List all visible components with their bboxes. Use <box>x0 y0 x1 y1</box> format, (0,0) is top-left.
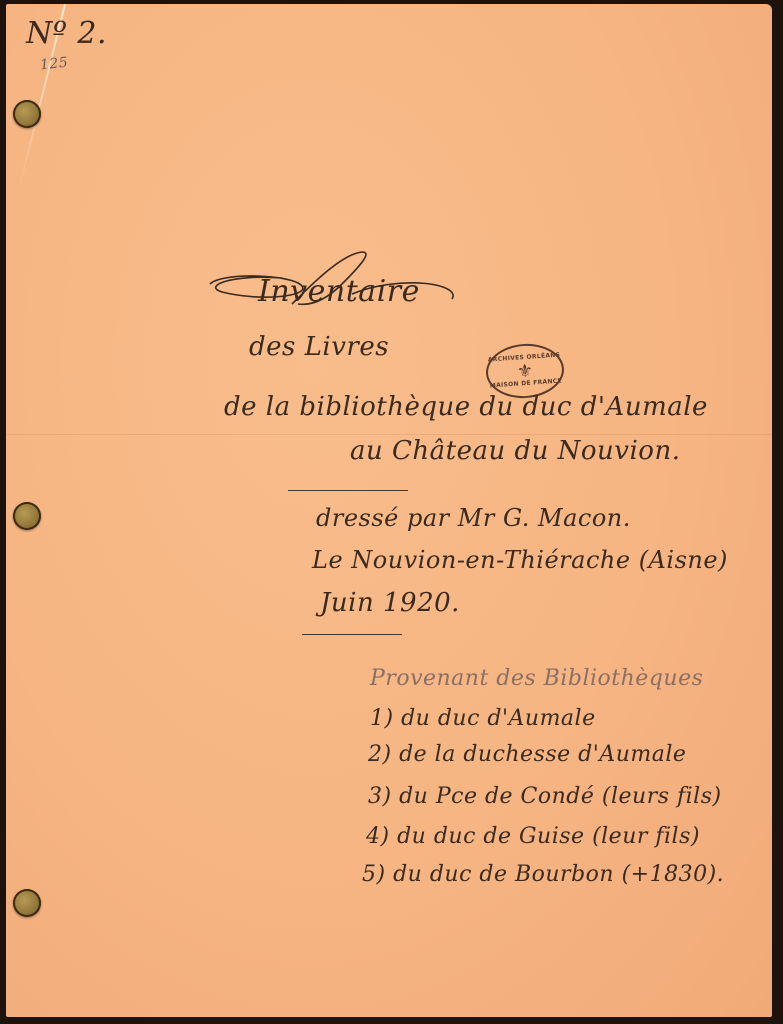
paper-crease <box>6 434 772 435</box>
document-number: Nº 2. <box>26 16 107 51</box>
title-line-4: au Château du Nouvion. <box>350 436 680 466</box>
binding-rivet-top <box>13 100 41 128</box>
author-line-1: dressé par Mr G. Macon. <box>316 504 631 532</box>
stamp-bottom-text: MAISON DE FRANCE <box>490 377 563 390</box>
title-line-3: de la bibliothèque du duc d'Aumale <box>224 392 708 422</box>
provenance-item: 3) du Pce de Condé (leurs fils) <box>368 784 722 809</box>
provenance-item: 4) du duc de Guise (leur fils) <box>366 824 700 849</box>
provenance-item: 5) du duc de Bourbon (+1830). <box>362 862 724 887</box>
provenance-heading: Provenant des Bibliothèques <box>370 666 703 691</box>
fleur-de-lis-icon: ⚜ <box>516 361 533 380</box>
provenance-item: 1) du duc d'Aumale <box>370 706 596 731</box>
divider-top <box>288 490 408 491</box>
provenance-item: 2) de la duchesse d'Aumale <box>368 742 686 767</box>
document-page: Nº 2. 125 Inventaire des Livres ARCHIVES… <box>6 4 772 1017</box>
pencil-reference: 125 <box>39 55 69 74</box>
divider-bottom <box>302 634 402 635</box>
title-line-2: des Livres <box>249 332 389 362</box>
author-line-3: Juin 1920. <box>320 588 460 618</box>
binding-rivet-bottom <box>13 889 41 917</box>
title-line-1: Inventaire <box>258 274 420 309</box>
author-line-2: Le Nouvion-en-Thiérache (Aisne) <box>312 546 728 574</box>
binding-rivet-middle <box>13 502 41 530</box>
